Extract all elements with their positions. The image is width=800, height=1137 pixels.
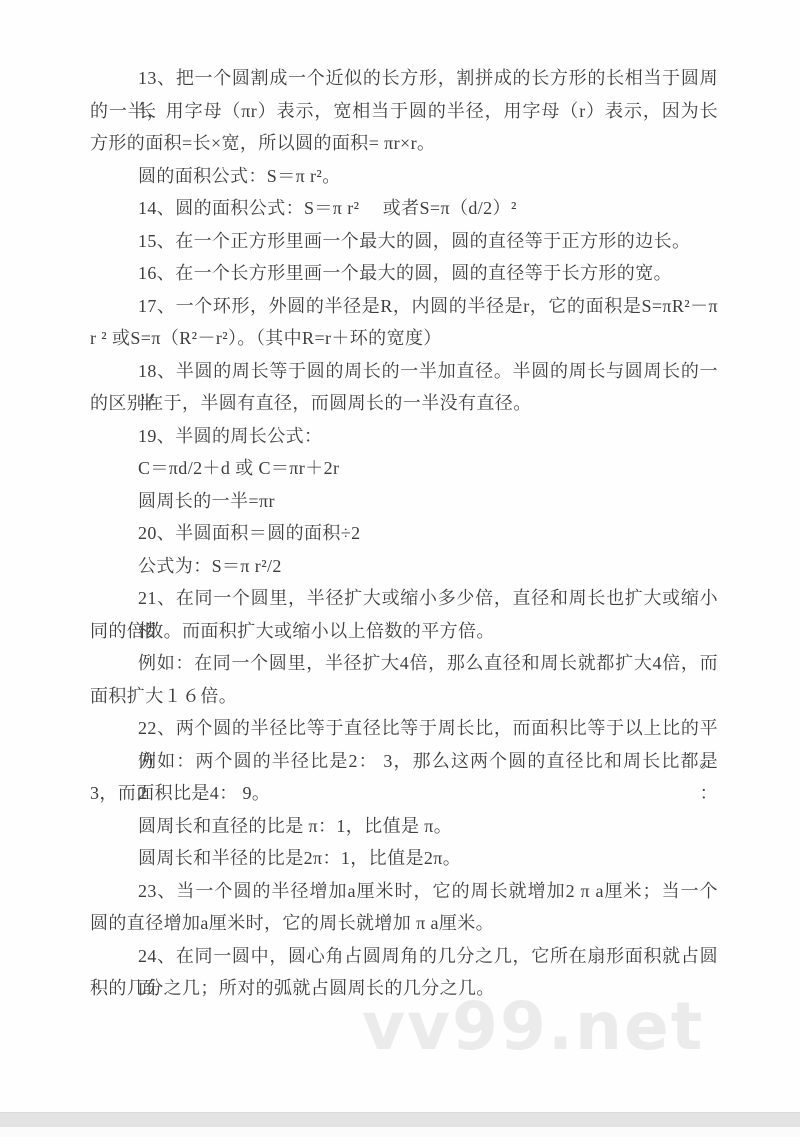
- text-line: 22、两个圆的半径比等于直径比等于周长比，而面积比等于以上比的平方。: [90, 712, 718, 745]
- text-line: 21、在同一个圆里，半径扩大或缩小多少倍，直径和周长也扩大或缩小相: [90, 582, 718, 615]
- text-line: 13、把一个圆割成一个近似的长方形，割拼成的长方形的长相当于圆周长: [90, 62, 718, 95]
- text-line: 16、在一个长方形里画一个最大的圆，圆的直径等于长方形的宽。: [90, 257, 718, 290]
- text-line: C＝πd/2＋d 或 C＝πr＋2r: [90, 452, 718, 485]
- text-line: 18、半圆的周长等于圆的周长的一半加直径。半圆的周长与圆周长的一半: [90, 355, 718, 388]
- text-line: 24、在同一圆中，圆心角占圆周角的几分之几，它所在扇形面积就占圆面: [90, 940, 718, 973]
- text-line: 20、半圆面积＝圆的面积÷2: [90, 517, 718, 550]
- text-line: 同的倍数。而面积扩大或缩小以上倍数的平方倍。: [90, 615, 718, 648]
- text-line: 方形的面积=长×宽，所以圆的面积= πr×r。: [90, 127, 718, 160]
- page-separator: [0, 1112, 800, 1127]
- text-line: 圆周长和半径的比是2π：1，比值是2π。: [90, 842, 718, 875]
- text-line: 19、半圆的周长公式：: [90, 420, 718, 453]
- text-line: 17、一个环形，外圆的半径是R，内圆的半径是r，它的面积是S=πR²－π: [90, 290, 718, 323]
- text-line: 圆周长和直径的比是 π：1，比值是 π。: [90, 810, 718, 843]
- text-line: 圆的面积公式：S＝π r²。: [90, 160, 718, 193]
- next-page-top-edge: [0, 1127, 800, 1137]
- text-line: 例如：两个圆的半径比是2： 3，那么这两个圆的直径比和周长比都是2：: [90, 745, 718, 778]
- text-line: 14、圆的面积公式：S＝π r² 或者S=π（d/2）²: [90, 192, 718, 225]
- document-text: 13、把一个圆割成一个近似的长方形，割拼成的长方形的长相当于圆周长的一半，用字母…: [90, 62, 718, 1005]
- text-line: 的区别在于，半圆有直径，而圆周长的一半没有直径。: [90, 387, 718, 420]
- document-page: 13、把一个圆割成一个近似的长方形，割拼成的长方形的长相当于圆周长的一半，用字母…: [0, 0, 800, 1112]
- screenshot-root: 13、把一个圆割成一个近似的长方形，割拼成的长方形的长相当于圆周长的一半，用字母…: [0, 0, 800, 1137]
- text-line: 公式为：S＝π r²/2: [90, 550, 718, 583]
- watermark-text: vv99.net: [362, 988, 704, 1065]
- text-line: 例如：在同一个圆里，半径扩大4倍，那么直径和周长就都扩大4倍，而: [90, 647, 718, 680]
- text-line: 面积扩大１６倍。: [90, 680, 718, 713]
- text-line: 圆的直径增加a厘米时，它的周长就增加 π a厘米。: [90, 907, 718, 940]
- text-line: 15、在一个正方形里画一个最大的圆，圆的直径等于正方形的边长。: [90, 225, 718, 258]
- text-line: 圆周长的一半=πr: [90, 485, 718, 518]
- text-line: 23、当一个圆的半径增加a厘米时，它的周长就增加2 π a厘米；当一个: [90, 875, 718, 908]
- text-line: r ² 或S=π（R²－r²）。（其中R=r＋环的宽度）: [90, 322, 718, 355]
- text-line: 的一半，用字母（πr）表示，宽相当于圆的半径，用字母（r）表示，因为长: [90, 95, 718, 128]
